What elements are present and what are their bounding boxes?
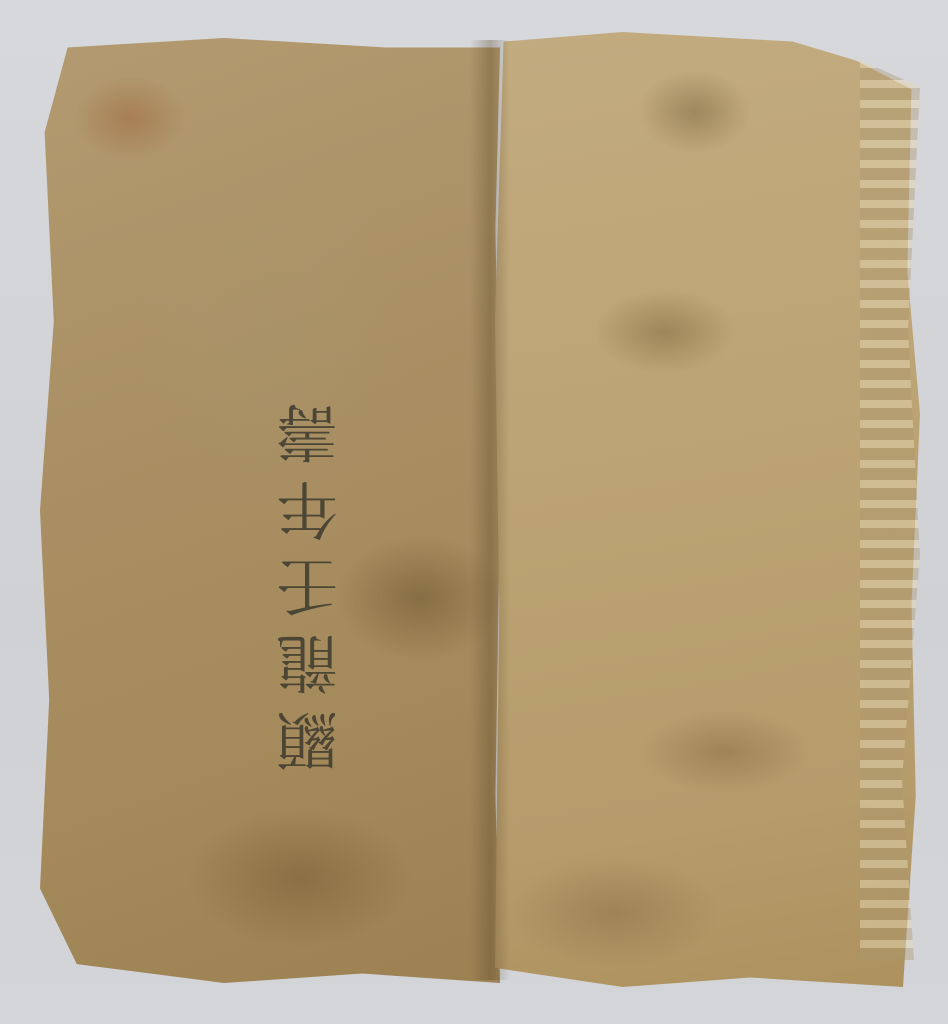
inscription-char: 年: [276, 477, 338, 539]
handwritten-inscription: 顯 龍 壬 年 壽: [262, 400, 352, 770]
manuscript-right-page: [495, 32, 920, 987]
inscription-char: 壬: [276, 554, 338, 616]
manuscript-fold-spine: [470, 40, 510, 980]
inscription-char: 龍: [276, 631, 338, 693]
inscription-char: 顯: [276, 708, 338, 770]
inscription-char: 壽: [276, 400, 338, 462]
